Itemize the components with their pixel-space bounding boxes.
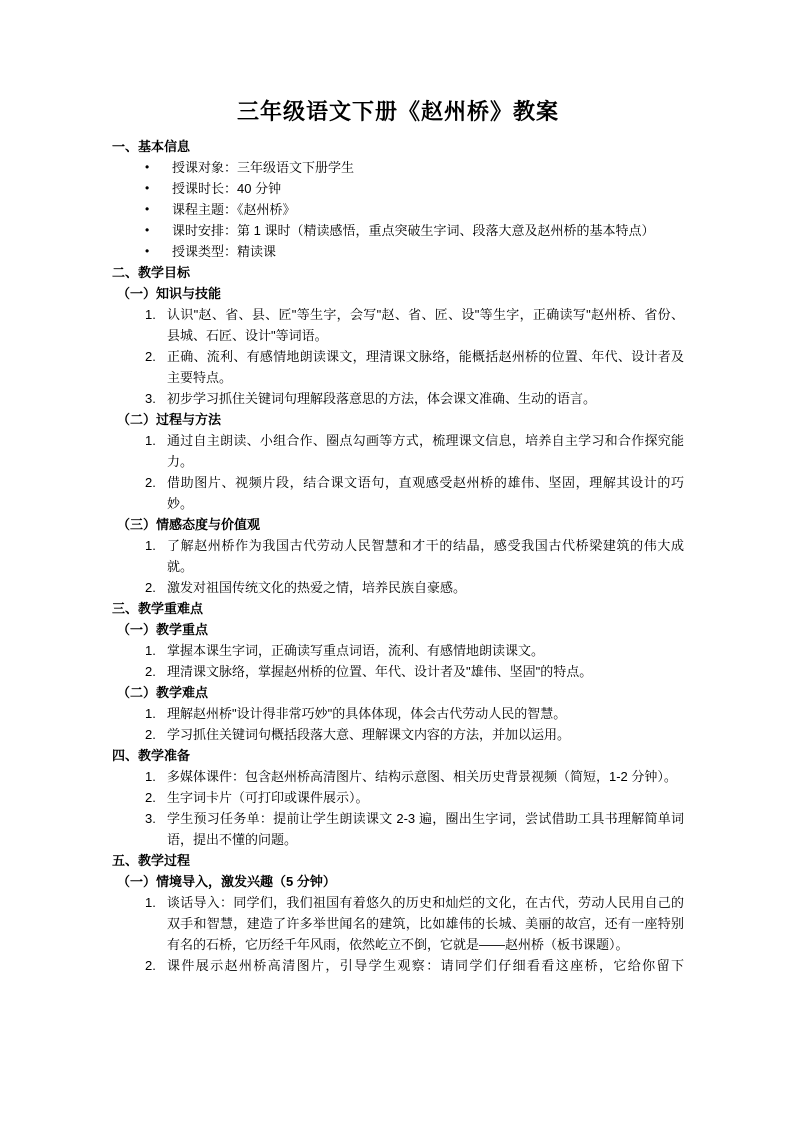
numbered-item: 3.初步学习抓住关键词句理解段落意思的方法，体会课文准确、生动的语言。 [112, 388, 684, 409]
section-3: 三、教学重难点（一）教学重点1.掌握本课生字词，正确读写重点词语，流利、有感情地… [112, 598, 684, 745]
subsection-heading: （三）情感态度与价值观 [112, 514, 684, 535]
item-number: 2. [145, 472, 167, 514]
item-text: 谈话导入：同学们，我们祖国有着悠久的历史和灿烂的文化，在古代，劳动人民用自己的双… [167, 892, 684, 955]
item-text: 认识"赵、省、县、匠"等生字，会写"赵、省、匠、设"等生字，正确读写"赵州桥、省… [167, 304, 684, 346]
item-number: 1. [145, 430, 167, 472]
bullet-item: •授课类型：精读课 [112, 241, 684, 262]
numbered-item: 2.借助图片、视频片段，结合课文语句，直观感受赵州桥的雄伟、坚固，理解其设计的巧… [112, 472, 684, 514]
item-text: 借助图片、视频片段，结合课文语句，直观感受赵州桥的雄伟、坚固，理解其设计的巧妙。 [167, 472, 684, 514]
bullet-icon: • [145, 178, 172, 199]
bullet-item-text: 课程主题：《赵州桥》 [172, 199, 684, 220]
bullet-icon: • [145, 220, 172, 241]
numbered-item: 2.课件展示赵州桥高清图片，引导学生观察：请同学们仔细看看这座桥，它给你留下 [112, 955, 684, 976]
item-number: 1. [145, 535, 167, 577]
section-heading: 一、基本信息 [112, 136, 684, 157]
item-text: 激发对祖国传统文化的热爱之情，培养民族自豪感。 [167, 577, 684, 598]
numbered-item: 1.通过自主朗读、小组合作、圈点勾画等方式，梳理课文信息，培养自主学习和合作探究… [112, 430, 684, 472]
numbered-item: 1.认识"赵、省、县、匠"等生字，会写"赵、省、匠、设"等生字，正确读写"赵州桥… [112, 304, 684, 346]
item-number: 2. [145, 787, 167, 808]
section-heading: 四、教学准备 [112, 745, 684, 766]
item-text: 理解赵州桥"设计得非常巧妙"的具体体现，体会古代劳动人民的智慧。 [167, 703, 684, 724]
item-text: 生字词卡片（可打印或课件展示）。 [167, 787, 684, 808]
bullet-list: •授课对象：三年级语文下册学生•授课时长：40 分钟•课程主题：《赵州桥》•课时… [112, 157, 684, 262]
subsection-heading: （一）情境导入，激发兴趣（5 分钟） [112, 871, 684, 892]
item-text: 正确、流利、有感情地朗读课文，理清课文脉络，能概括赵州桥的位置、年代、设计者及主… [167, 346, 684, 388]
numbered-list: 1.认识"赵、省、县、匠"等生字，会写"赵、省、匠、设"等生字，正确读写"赵州桥… [112, 304, 684, 409]
item-number: 3. [145, 808, 167, 850]
item-number: 1. [145, 892, 167, 955]
bullet-item-text: 授课时长：40 分钟 [172, 178, 684, 199]
item-number: 3. [145, 388, 167, 409]
bullet-item-text: 授课对象：三年级语文下册学生 [172, 157, 684, 178]
numbered-item: 1.了解赵州桥作为我国古代劳动人民智慧和才干的结晶，感受我国古代桥梁建筑的伟大成… [112, 535, 684, 577]
item-text: 了解赵州桥作为我国古代劳动人民智慧和才干的结晶，感受我国古代桥梁建筑的伟大成就。 [167, 535, 684, 577]
bullet-item: •课时安排：第 1 课时（精读感悟，重点突破生字词、段落大意及赵州桥的基本特点） [112, 220, 684, 241]
numbered-item: 3.学生预习任务单：提前让学生朗读课文 2-3 遍，圈出生字词，尝试借助工具书理… [112, 808, 684, 850]
bullet-icon: • [145, 199, 172, 220]
numbered-list: 1.掌握本课生字词，正确读写重点词语，流利、有感情地朗读课文。2.理清课文脉络，… [112, 640, 684, 682]
subsection-heading: （一）知识与技能 [112, 283, 684, 304]
numbered-item: 2.生字词卡片（可打印或课件展示）。 [112, 787, 684, 808]
item-number: 2. [145, 346, 167, 388]
numbered-list: 1.了解赵州桥作为我国古代劳动人民智慧和才干的结晶，感受我国古代桥梁建筑的伟大成… [112, 535, 684, 598]
bullet-icon: • [145, 241, 172, 262]
numbered-item: 1.谈话导入：同学们，我们祖国有着悠久的历史和灿烂的文化，在古代，劳动人民用自己… [112, 892, 684, 955]
bullet-item-text: 课时安排：第 1 课时（精读感悟，重点突破生字词、段落大意及赵州桥的基本特点） [172, 220, 684, 241]
numbered-item: 1.理解赵州桥"设计得非常巧妙"的具体体现，体会古代劳动人民的智慧。 [112, 703, 684, 724]
item-text: 多媒体课件：包含赵州桥高清图片、结构示意图、相关历史背景视频（简短，1-2 分钟… [167, 766, 684, 787]
section-2: 二、教学目标（一）知识与技能1.认识"赵、省、县、匠"等生字，会写"赵、省、匠、… [112, 262, 684, 598]
item-text: 学习抓住关键词句概括段落大意、理解课文内容的方法，并加以运用。 [167, 724, 684, 745]
subsection-heading: （二）过程与方法 [112, 409, 684, 430]
item-number: 2. [145, 661, 167, 682]
numbered-list: 1.多媒体课件：包含赵州桥高清图片、结构示意图、相关历史背景视频（简短，1-2 … [112, 766, 684, 850]
item-text: 通过自主朗读、小组合作、圈点勾画等方式，梳理课文信息，培养自主学习和合作探究能力… [167, 430, 684, 472]
item-number: 2. [145, 577, 167, 598]
numbered-list: 1.谈话导入：同学们，我们祖国有着悠久的历史和灿烂的文化，在古代，劳动人民用自己… [112, 892, 684, 976]
item-number: 1. [145, 703, 167, 724]
item-number: 1. [145, 304, 167, 346]
subsection-heading: （二）教学难点 [112, 682, 684, 703]
document-sections: 一、基本信息•授课对象：三年级语文下册学生•授课时长：40 分钟•课程主题：《赵… [112, 136, 684, 976]
numbered-item: 1.掌握本课生字词，正确读写重点词语，流利、有感情地朗读课文。 [112, 640, 684, 661]
bullet-icon: • [145, 157, 172, 178]
subsection-heading: （一）教学重点 [112, 619, 684, 640]
section-heading: 三、教学重难点 [112, 598, 684, 619]
item-text: 课件展示赵州桥高清图片，引导学生观察：请同学们仔细看看这座桥，它给你留下 [167, 955, 684, 976]
numbered-list: 1.理解赵州桥"设计得非常巧妙"的具体体现，体会古代劳动人民的智慧。2.学习抓住… [112, 703, 684, 745]
item-number: 1. [145, 640, 167, 661]
item-text: 理清课文脉络，掌握赵州桥的位置、年代、设计者及"雄伟、坚固"的特点。 [167, 661, 684, 682]
document-page: 三年级语文下册《赵州桥》教案 一、基本信息•授课对象：三年级语文下册学生•授课时… [0, 0, 794, 1123]
numbered-item: 2.学习抓住关键词句概括段落大意、理解课文内容的方法，并加以运用。 [112, 724, 684, 745]
numbered-item: 2.正确、流利、有感情地朗读课文，理清课文脉络，能概括赵州桥的位置、年代、设计者… [112, 346, 684, 388]
item-number: 1. [145, 766, 167, 787]
section-heading: 五、教学过程 [112, 850, 684, 871]
section-5: 五、教学过程（一）情境导入，激发兴趣（5 分钟）1.谈话导入：同学们，我们祖国有… [112, 850, 684, 976]
numbered-item: 1.多媒体课件：包含赵州桥高清图片、结构示意图、相关历史背景视频（简短，1-2 … [112, 766, 684, 787]
item-text: 初步学习抓住关键词句理解段落意思的方法，体会课文准确、生动的语言。 [167, 388, 684, 409]
item-text: 学生预习任务单：提前让学生朗读课文 2-3 遍，圈出生字词，尝试借助工具书理解简… [167, 808, 684, 850]
item-number: 2. [145, 724, 167, 745]
bullet-item-text: 授课类型：精读课 [172, 241, 684, 262]
section-1: 一、基本信息•授课对象：三年级语文下册学生•授课时长：40 分钟•课程主题：《赵… [112, 136, 684, 262]
document-title: 三年级语文下册《赵州桥》教案 [112, 96, 684, 128]
numbered-item: 2.激发对祖国传统文化的热爱之情，培养民族自豪感。 [112, 577, 684, 598]
numbered-item: 2.理清课文脉络，掌握赵州桥的位置、年代、设计者及"雄伟、坚固"的特点。 [112, 661, 684, 682]
numbered-list: 1.通过自主朗读、小组合作、圈点勾画等方式，梳理课文信息，培养自主学习和合作探究… [112, 430, 684, 514]
item-number: 2. [145, 955, 167, 976]
item-text: 掌握本课生字词，正确读写重点词语，流利、有感情地朗读课文。 [167, 640, 684, 661]
bullet-item: •课程主题：《赵州桥》 [112, 199, 684, 220]
section-heading: 二、教学目标 [112, 262, 684, 283]
bullet-item: •授课时长：40 分钟 [112, 178, 684, 199]
section-4: 四、教学准备1.多媒体课件：包含赵州桥高清图片、结构示意图、相关历史背景视频（简… [112, 745, 684, 850]
bullet-item: •授课对象：三年级语文下册学生 [112, 157, 684, 178]
